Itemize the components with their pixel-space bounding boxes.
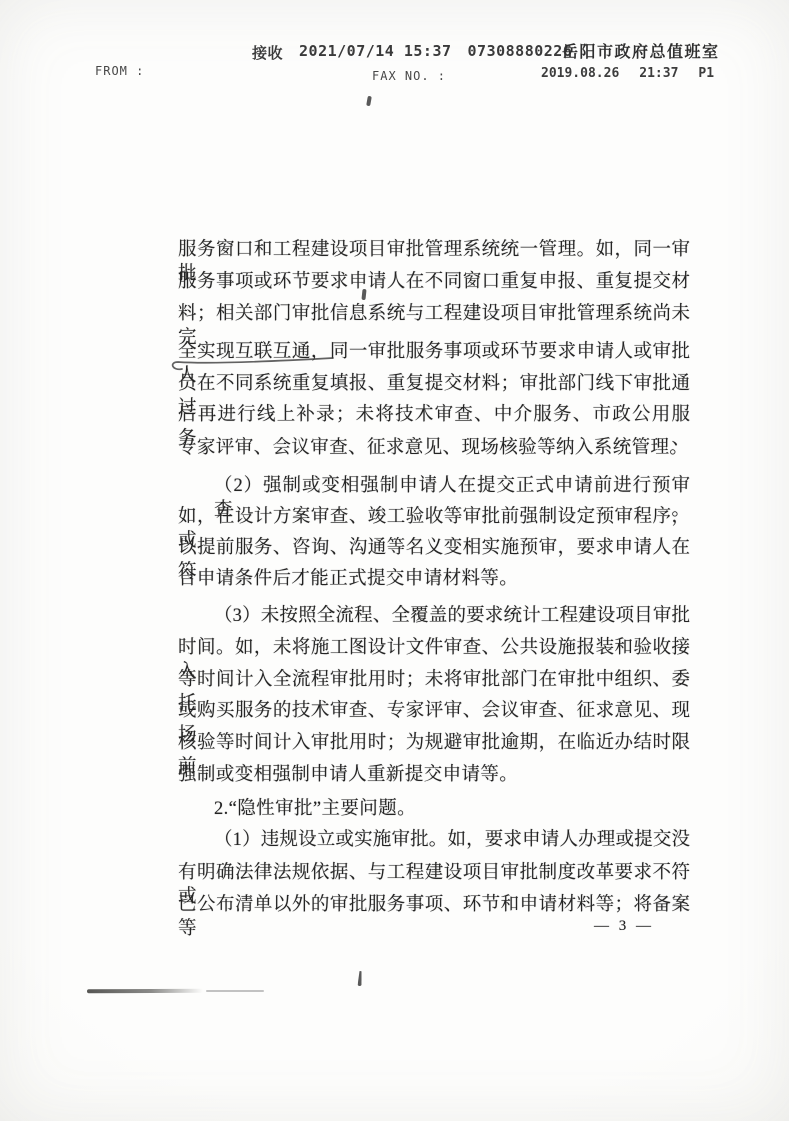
- pen-underline-artifact: [167, 352, 337, 374]
- received-label: 接收: [252, 42, 283, 63]
- body-line: （3）未按照全流程、全覆盖的要求统计工程建设项目审批: [178, 604, 690, 631]
- fax-no-label: FAX NO. :: [372, 69, 446, 83]
- body-line: 时间。如，未将施工图设计文件审查、公共设施报装和验收接入: [178, 636, 690, 663]
- received-datetime: 2021/07/14 15:37: [299, 42, 452, 63]
- page-number: — 3 —: [594, 918, 654, 935]
- body-line: 后再进行线上补录；未将技术审查、中介服务、市政公用服务、: [178, 403, 690, 430]
- scan-smudge-line: [87, 989, 203, 993]
- body-line: 如，在设计方案审查、竣工验收等审批前强制设定预审程序，或: [178, 505, 690, 532]
- sent-page-code: P1: [698, 66, 714, 81]
- body-line: 服务事项或环节要求申请人在不同窗口重复申报、重复提交材: [178, 270, 690, 297]
- fax-sent-header: 2019.08.26 21:37 P1: [541, 66, 714, 81]
- scan-smudge-line: [206, 990, 264, 992]
- receiving-office-name: 岳阳市政府总值班室: [562, 39, 720, 62]
- scan-mark-artifact: [361, 289, 366, 300]
- body-section-heading: 2.“隐性审批”主要问题。: [178, 797, 690, 824]
- body-line: 料；相关部门审批信息系统与工程建设项目审批管理系统尚未完: [178, 302, 690, 329]
- body-line: 等时间计入全流程审批用时；未将审批部门在审批中组织、委托: [178, 668, 690, 695]
- from-label: FROM :: [95, 64, 144, 78]
- scanned-fax-page: 接收 2021/07/14 15:37 07308880226 岳阳市政府总值班…: [0, 0, 789, 1121]
- body-line: （1）违规设立或实施审批。如，要求申请人办理或提交没: [178, 828, 690, 855]
- sent-date: 2019.08.26: [541, 66, 619, 81]
- body-line: 强制或变相强制申请人重新提交申请等。: [178, 763, 690, 790]
- body-line: 服务窗口和工程建设项目审批管理系统统一管理。如，同一审批: [178, 238, 690, 265]
- fax-received-header: 接收 2021/07/14 15:37 07308880226: [252, 42, 572, 63]
- body-line: 有明确法律法规依据、与工程建设项目审批制度改革要求不符或: [178, 861, 690, 888]
- body-line: （2）强制或变相强制申请人在提交正式申请前进行预审查。: [178, 474, 690, 501]
- sent-time: 21:37: [639, 66, 678, 81]
- body-line: 专家评审、会议审查、征求意见、现场核验等纳入系统管理。: [178, 436, 690, 463]
- scan-mark-artifact: [357, 971, 362, 986]
- body-line: 员在不同系统重复填报、重复提交材料；审批部门线下审批通过: [178, 372, 690, 399]
- body-line: 合申请条件后才能正式提交申请材料等。: [178, 567, 690, 594]
- body-line: 以提前服务、咨询、沟通等名义变相实施预审，要求申请人在符: [178, 536, 690, 563]
- received-fax-number: 07308880226: [468, 42, 573, 63]
- body-line: 核验等时间计入审批用时；为规避审批逾期，在临近办结时限前: [178, 731, 690, 758]
- body-line: 已公布清单以外的审批服务事项、环节和申请材料等；将备案等: [178, 893, 690, 920]
- body-line: 或购买服务的技术审查、专家评审、会议审查、征求意见、现场: [178, 699, 690, 726]
- scan-mark-artifact: [366, 96, 372, 107]
